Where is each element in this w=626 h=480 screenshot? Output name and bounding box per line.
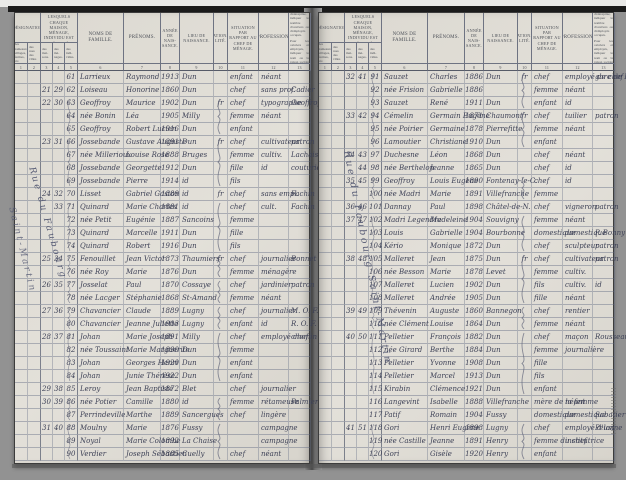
cell-nationalite — [214, 162, 228, 175]
cell-no-menage — [357, 318, 369, 331]
cell-profession — [259, 240, 289, 253]
cell-profession: typographe — [259, 97, 289, 110]
cell-no-maison — [345, 84, 357, 97]
cell-nom: Dannay — [382, 201, 428, 214]
header-col-number: 9 — [180, 64, 214, 71]
cell-nationalite — [518, 396, 532, 409]
cell-designation — [332, 84, 345, 97]
cell-no-maison — [345, 357, 357, 370]
cell-designation — [332, 253, 345, 266]
cell-prenom: Marie Marguerite — [124, 344, 161, 357]
cell-designation — [332, 357, 345, 370]
cell-lieu: Dun — [484, 253, 518, 266]
cell-prenom: Romain — [428, 409, 465, 422]
cell-no-individu: 75 — [65, 253, 78, 266]
cell-no-menage: 39 — [53, 396, 65, 409]
cell-profession: id — [563, 175, 593, 188]
cell-nom: Patif — [382, 409, 428, 422]
cell-no-menage — [357, 448, 369, 461]
cell-annee: 1888 — [161, 149, 180, 162]
cell-lieu: St-Amand — [180, 292, 214, 305]
cell-profession: journalière — [563, 344, 593, 357]
cell-no-maison — [345, 344, 357, 357]
cell-no-maison: 31 — [41, 422, 53, 435]
header-col-number: 10 — [214, 64, 228, 71]
cell-situation: chef — [532, 175, 563, 188]
cell-no-individu: 86 — [65, 396, 78, 409]
header-col-number: 2 — [28, 64, 41, 71]
cell-annee: 1914 — [161, 175, 180, 188]
cell-prenom: Marthe — [124, 409, 161, 422]
cell-nationalite — [518, 292, 532, 305]
cell-patron: Rousseau — [593, 331, 615, 344]
cell-nom: née Potier — [78, 396, 124, 409]
cell-prenom: Claude — [124, 305, 161, 318]
cell-nationalite — [214, 123, 228, 136]
cell-designation — [15, 396, 28, 409]
cell-nom: Quinard — [78, 201, 124, 214]
cell-lieu: Bruges — [180, 149, 214, 162]
cell-nom: Jossebande — [78, 175, 124, 188]
cell-prenom: Marie — [124, 422, 161, 435]
cell-nationalite — [214, 318, 228, 331]
cell-no-maison — [41, 292, 53, 305]
page-bottom-shadow — [12, 464, 616, 468]
cell-annee: 1864 — [465, 318, 484, 331]
cell-designation — [332, 110, 345, 123]
cell-patron: Bonnet — [289, 253, 311, 266]
cell-lieu: La Chaise — [180, 435, 214, 448]
cell-nationalite — [214, 175, 228, 188]
cell-no-menage — [53, 292, 65, 305]
cell-prenom: Jeanne Juliette — [124, 318, 161, 331]
cell-no-menage: 36 — [53, 305, 65, 318]
cell-no-individu: 95 — [369, 123, 382, 136]
cell-profession: institutrice — [563, 435, 593, 448]
cell-no-maison: 33 — [345, 110, 357, 123]
cell-designation — [319, 292, 332, 305]
cell-designation — [319, 97, 332, 110]
cell-no-menage — [53, 435, 65, 448]
cell-patron — [593, 97, 615, 110]
cell-annee: 1891 — [161, 331, 180, 344]
cell-annee: 1913 — [161, 71, 180, 84]
cell-nationalite — [518, 214, 532, 227]
cell-situation: enfant — [228, 123, 259, 136]
cell-lieu: Milly — [180, 331, 214, 344]
cell-nationalite — [214, 435, 228, 448]
cell-annee: 1875 — [465, 253, 484, 266]
cell-nom: Sauzet — [382, 97, 428, 110]
cell-patron — [289, 214, 311, 227]
cell-no-menage — [53, 162, 65, 175]
cell-profession: néant — [563, 292, 593, 305]
cell-nationalite — [214, 422, 228, 435]
cell-situation: enfant — [228, 370, 259, 383]
cell-profession — [259, 123, 289, 136]
cell-patron — [593, 292, 615, 305]
cell-designation — [332, 266, 345, 279]
cell-profession: id — [563, 97, 593, 110]
header-col-number: 3 — [41, 64, 53, 71]
cell-patron — [593, 305, 615, 318]
cell-prenom: Madeleine — [428, 214, 465, 227]
cell-situation: chef — [532, 240, 563, 253]
cell-prenom: Gabrielle — [428, 84, 465, 97]
cell-lieu: Dun — [484, 136, 518, 149]
header-col-number: 7 — [124, 64, 161, 71]
cell-nom: Loiseau — [78, 84, 124, 97]
cell-nom: née Clément — [382, 318, 428, 331]
cell-situation: fille — [228, 162, 259, 175]
cell-lieu: Souvigny — [484, 214, 518, 227]
cell-no-individu: 62 — [65, 84, 78, 97]
cell-no-individu: 91 — [369, 71, 382, 84]
cell-annee: 1902 — [465, 279, 484, 292]
cell-situation: femme — [228, 266, 259, 279]
cell-lieu: Henry — [484, 435, 518, 448]
cell-no-individu: 93 — [369, 97, 382, 110]
cell-patron: id — [593, 279, 615, 292]
cell-patron — [593, 188, 615, 201]
cell-nom: Langevint — [382, 396, 428, 409]
cell-patron — [593, 370, 615, 383]
cell-prenom: Georges Henri — [124, 357, 161, 370]
cell-annee: 1878 — [465, 123, 484, 136]
cell-lieu: Milly — [180, 110, 214, 123]
cell-designation — [319, 214, 332, 227]
cell-patron — [289, 110, 311, 123]
cell-prenom: Gustave Auguste — [124, 136, 161, 149]
cell-designation — [319, 71, 332, 84]
cell-designation — [319, 201, 332, 214]
cell-no-menage — [53, 110, 65, 123]
cell-no-menage: 41 — [357, 71, 369, 84]
header-col-number: 12 — [563, 64, 593, 71]
cell-situation — [228, 422, 259, 435]
cell-nom: née Petit — [78, 214, 124, 227]
header-col-number: 12 — [259, 64, 289, 71]
cell-nationalite: fr — [214, 188, 228, 201]
cell-annee: 1860 — [161, 84, 180, 97]
cell-situation: chef — [532, 162, 563, 175]
cell-designation — [15, 149, 28, 162]
cell-annee: 1876 — [161, 422, 180, 435]
cell-no-menage — [357, 123, 369, 136]
cell-no-individu: 101 — [369, 201, 382, 214]
cell-patron — [289, 175, 311, 188]
cell-lieu: Bourbonne — [484, 227, 518, 240]
cell-no-menage: 49 — [357, 305, 369, 318]
cell-designation — [28, 357, 41, 370]
cell-patron: patron — [289, 279, 311, 292]
cell-no-maison: 27 — [41, 305, 53, 318]
cell-lieu: Dun — [484, 370, 518, 383]
cell-prenom: Yvonne — [428, 357, 465, 370]
cell-nom: Johan — [78, 357, 124, 370]
cell-lieu: Levet — [484, 266, 518, 279]
cell-designation — [15, 188, 28, 201]
cell-patron: Lachaise — [289, 149, 311, 162]
cell-patron — [289, 71, 311, 84]
cell-nationalite — [518, 331, 532, 344]
cell-prenom: Robert — [124, 240, 161, 253]
cell-situation: chef — [228, 383, 259, 396]
cell-nom: Geoffroy — [78, 123, 124, 136]
cell-nom: Malleret — [382, 253, 428, 266]
cell-designation — [319, 318, 332, 331]
cell-profession: cultivateur — [259, 136, 289, 149]
cell-annee: 1920 — [161, 357, 180, 370]
cell-no-maison — [41, 357, 53, 370]
header-col-number: 11 — [532, 64, 563, 71]
cell-no-individu: 90 — [65, 448, 78, 461]
cell-annee: 1886 — [465, 71, 484, 84]
cell-nationalite — [214, 279, 228, 292]
cell-no-maison — [345, 97, 357, 110]
cell-prenom: Honorine — [124, 84, 161, 97]
cell-designation — [15, 422, 28, 435]
header-designation-sub1: des hameaux, villages, fermes, etc. — [319, 43, 332, 64]
cell-no-maison — [41, 318, 53, 331]
cell-prenom: Christiane — [428, 136, 465, 149]
header-designation-group: Désignation — [15, 13, 41, 43]
cell-situation: femme — [532, 123, 563, 136]
cell-nationalite — [214, 292, 228, 305]
cell-designation — [15, 123, 28, 136]
cell-nom: Kério — [382, 240, 428, 253]
cell-no-maison: 26 — [41, 279, 53, 292]
cell-designation — [15, 344, 28, 357]
cell-nationalite — [518, 279, 532, 292]
cell-no-maison: 29 — [41, 383, 53, 396]
cell-annee: 1920 — [465, 448, 484, 461]
cell-lieu: Dun — [484, 71, 518, 84]
cell-annee: 1872 — [161, 383, 180, 396]
cell-designation — [28, 448, 41, 461]
cell-nationalite — [518, 123, 532, 136]
cell-no-menage: 29 — [53, 84, 65, 97]
cell-situation: chef — [228, 448, 259, 461]
cell-lieu: Dun — [180, 84, 214, 97]
cell-nationalite: fr — [518, 71, 532, 84]
cell-annee: 1881 — [161, 201, 180, 214]
cell-designation — [28, 84, 41, 97]
cell-no-individu: 63 — [65, 97, 78, 110]
cell-no-individu: 67 — [65, 149, 78, 162]
cell-lieu: Dun — [180, 71, 214, 84]
cell-patron — [593, 318, 615, 331]
cell-designation — [319, 279, 332, 292]
header-annee: Année de nais- sance. — [465, 13, 484, 64]
cell-no-maison — [41, 266, 53, 279]
header-prenoms: Prénoms. — [428, 13, 465, 64]
cell-designation — [15, 357, 28, 370]
cell-lieu: Dun — [180, 162, 214, 175]
cell-no-individu: 100 — [369, 188, 382, 201]
cell-situation: enfant — [532, 97, 563, 110]
cell-prenom: Louis Eugène — [428, 175, 465, 188]
cell-patron — [289, 383, 311, 396]
cell-lieu: Dun — [484, 357, 518, 370]
cell-patron: patron — [593, 253, 615, 266]
cell-prenom: Paul — [428, 201, 465, 214]
cell-nom: Cémelin — [382, 110, 428, 123]
cell-lieu: Dun — [484, 97, 518, 110]
cell-prenom: Isabelle — [428, 396, 465, 409]
cell-nom: Johan — [78, 331, 124, 344]
header-lieu: Lieu de naissance. — [484, 13, 518, 64]
cell-nom: née Lacger — [78, 292, 124, 305]
cell-prenom: Andrée — [428, 292, 465, 305]
cell-situation: fils — [532, 279, 563, 292]
cell-designation — [28, 240, 41, 253]
header-col-number: 6 — [78, 64, 124, 71]
cell-profession: campagne — [259, 435, 289, 448]
cell-situation: enfant — [228, 318, 259, 331]
cell-designation — [319, 357, 332, 370]
cell-nom: Lisset — [78, 188, 124, 201]
cell-prenom: Maurice — [124, 97, 161, 110]
cell-designation — [28, 292, 41, 305]
cell-no-maison — [41, 123, 53, 136]
cell-no-menage: 32 — [53, 188, 65, 201]
cell-no-menage: 50 — [357, 331, 369, 344]
cell-no-individu: 98 — [369, 162, 382, 175]
cell-profession: néant — [259, 292, 289, 305]
cell-nationalite — [214, 84, 228, 97]
cell-nationalite — [518, 357, 532, 370]
cell-designation — [15, 110, 28, 123]
cell-designation — [15, 409, 28, 422]
cell-profession: tuilier — [563, 110, 593, 123]
cell-profession: maçon — [563, 331, 593, 344]
cell-situation: femme du chef — [532, 435, 563, 448]
cell-nationalite — [518, 201, 532, 214]
cell-patron — [289, 422, 311, 435]
cell-lieu: Dun — [484, 383, 518, 396]
header-numeros-menages: des mé- nages. — [53, 43, 65, 64]
cell-annee: 1908 — [465, 357, 484, 370]
cell-prenom: Jean Baptiste — [124, 383, 161, 396]
cell-designation — [319, 344, 332, 357]
cell-situation: enfant — [532, 383, 563, 396]
cell-nationalite — [518, 227, 532, 240]
cell-annee: 1905 — [161, 110, 180, 123]
cell-no-individu: 103 — [369, 227, 382, 240]
cell-prenom: Junie Thérèse — [124, 370, 161, 383]
header-col-number: 13 — [289, 64, 311, 71]
cell-no-menage: 33 — [53, 201, 65, 214]
cell-profession: employé chef — [259, 331, 289, 344]
cell-annee: 1882 — [465, 331, 484, 344]
cell-situation: chef — [532, 149, 563, 162]
cell-no-individu: 97 — [369, 149, 382, 162]
cell-designation — [332, 318, 345, 331]
cell-no-maison: 21 — [41, 84, 53, 97]
cell-annee: 1916 — [161, 123, 180, 136]
cell-patron — [289, 370, 311, 383]
cell-no-individu: 96 — [369, 136, 382, 149]
cell-patron — [593, 266, 615, 279]
cell-annee: 1903 — [161, 318, 180, 331]
cell-no-menage: 38 — [53, 383, 65, 396]
cell-prenom: Léa — [124, 110, 161, 123]
cell-lieu: Chaumont — [484, 110, 518, 123]
cell-lieu: Lugny — [180, 318, 214, 331]
cell-situation: fille — [228, 227, 259, 240]
cell-no-menage: 37 — [53, 331, 65, 344]
cell-situation: chef — [228, 253, 259, 266]
cell-lieu: Bannegon — [484, 305, 518, 318]
cell-annee: 1872 — [465, 240, 484, 253]
cell-patron — [289, 123, 311, 136]
cell-patron — [289, 435, 311, 448]
cell-profession: jardinier — [259, 279, 289, 292]
cell-profession — [259, 227, 289, 240]
cell-situation: chef — [228, 84, 259, 97]
cell-profession: journalier — [259, 253, 289, 266]
cell-designation — [332, 331, 345, 344]
cell-nationalite — [518, 318, 532, 331]
cell-lieu: Fussy — [180, 422, 214, 435]
edge-stamp-marks — [611, 388, 616, 434]
cell-prenom: Clémence — [428, 383, 465, 396]
cell-no-individu: 65 — [65, 123, 78, 136]
cell-prenom: Robert Lucien — [124, 123, 161, 136]
cell-designation — [15, 84, 28, 97]
cell-no-individu: 69 — [65, 175, 78, 188]
cell-profession: cultiv. — [563, 279, 593, 292]
cell-designation — [28, 136, 41, 149]
cell-situation: chef — [228, 97, 259, 110]
cell-lieu: Lugny — [484, 422, 518, 435]
cell-designation — [319, 162, 332, 175]
cell-nationalite — [214, 149, 228, 162]
cell-annee: 1868 — [465, 149, 484, 162]
cell-annee: 1868 — [161, 292, 180, 305]
cell-designation — [319, 266, 332, 279]
cell-lieu: Pierrefitte — [484, 123, 518, 136]
cell-profession: néant — [563, 214, 593, 227]
cell-situation: femme — [228, 292, 259, 305]
cell-profession: employé d'usine — [563, 422, 593, 435]
cell-nationalite — [518, 149, 532, 162]
cell-profession: néant — [259, 71, 289, 84]
cell-nom: Pelletier — [382, 370, 428, 383]
cell-prenom: François — [428, 331, 465, 344]
cell-no-individu: 119 — [369, 435, 382, 448]
cell-designation — [15, 331, 28, 344]
cell-designation — [28, 370, 41, 383]
cell-designation — [28, 71, 41, 84]
cell-patron: patron — [593, 110, 615, 123]
cell-patron — [593, 175, 615, 188]
cell-no-menage — [357, 409, 369, 422]
cell-nationalite: fr — [518, 253, 532, 266]
cell-nationalite — [214, 396, 228, 409]
header-col-number: 7 — [428, 64, 465, 71]
cell-nom: Gori — [382, 422, 428, 435]
cell-situation: chef — [532, 422, 563, 435]
cell-nom: née Millerioux — [78, 149, 124, 162]
cell-nom: Duchesne — [382, 149, 428, 162]
cell-nationalite — [518, 84, 532, 97]
cell-lieu: Sancoins — [180, 214, 214, 227]
cell-situation: chef — [228, 201, 259, 214]
cell-prenom: Germain Eugène — [428, 110, 465, 123]
cell-designation — [332, 227, 345, 240]
